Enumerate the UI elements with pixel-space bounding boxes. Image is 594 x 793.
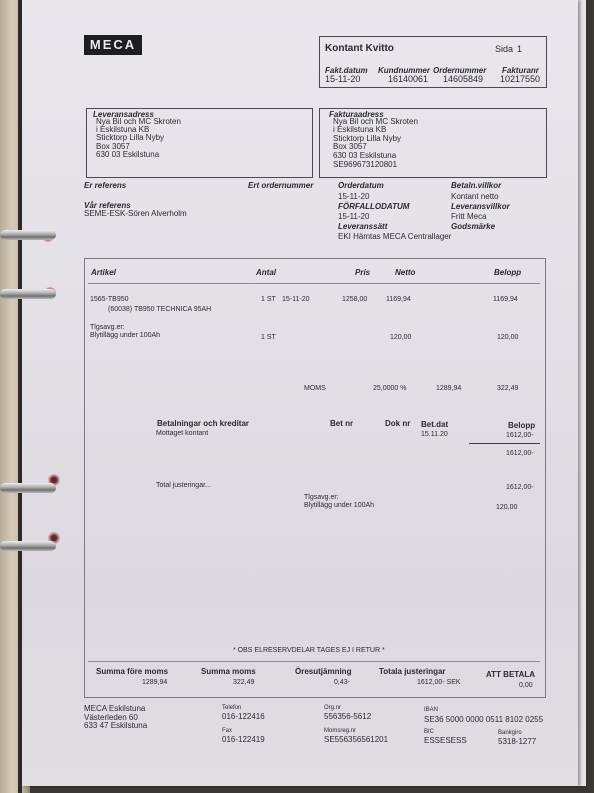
fakturanr-value: 10217550: [500, 74, 540, 84]
fax-label: Fax: [222, 728, 232, 734]
row2-artikel: Tlgsavg.er:: [90, 324, 125, 331]
iban-label: IBAN: [424, 707, 438, 713]
company-line: 633 47 Eskilstuna: [84, 722, 147, 731]
fakt-datum-value: 15-11-20: [325, 74, 360, 84]
row1-pris: 1258,00: [342, 296, 367, 303]
bankgiro-label: Bankgiro: [498, 730, 522, 736]
row1-artikel: 1565-TB950: [90, 296, 129, 303]
dok-nr-label: Dok nr: [385, 419, 410, 428]
row1-antal: 1 ST: [261, 296, 276, 303]
leveransvillkor-value: Fritt Meca: [451, 212, 487, 221]
telefon-value: 016-122416: [222, 712, 265, 721]
moms-label: MOMS: [304, 385, 326, 392]
totals-divider: [88, 661, 540, 662]
payments-title: Betalningar och kreditar: [157, 419, 249, 428]
total-value-oresutjamning: 0,43-: [334, 679, 350, 686]
address-line: 630 03 Eskilstuna: [96, 151, 181, 159]
total-label-oresutjamning: Öresutjämning: [295, 667, 351, 676]
row2-belopp: 120,00: [497, 334, 518, 341]
binder-ring: [0, 541, 56, 551]
page-label: Sida: [495, 44, 513, 54]
row1-belopp: 1169,94: [493, 296, 518, 303]
row1-netto: 1169,94: [386, 296, 411, 303]
betalnvillkor-value: Kontant netto: [451, 192, 499, 201]
orgnr-label: Org.nr: [324, 705, 341, 711]
forfallodatum-value: 15-11-20: [338, 212, 369, 221]
header-divider: [88, 283, 540, 284]
forfallodatum-label: FÖRFALLODATUM: [338, 202, 409, 211]
total-value-totala-justeringar: 1612,00- SEK: [417, 679, 461, 686]
bankgiro-value: 5318-1277: [498, 737, 536, 746]
godsmarke-label: Godsmärke: [451, 222, 495, 231]
items-table-box: [84, 258, 546, 698]
fee-label-1: Tlgsavg.er:: [304, 494, 339, 501]
returns-notice: * OBS ELRESERVDELAR TAGES EJ I RETUR *: [233, 647, 385, 654]
bet-dat-label: Bet.dat: [421, 420, 448, 429]
row2-desc: Blytillägg under 100Ah: [90, 332, 160, 339]
total-adjustments-amount: 1612,00-: [506, 484, 534, 491]
payments-sum-line: [469, 443, 540, 444]
orderdatum-label: Orderdatum: [338, 181, 384, 190]
footer-company: MECA Eskilstuna Västerleden 60 633 47 Es…: [84, 705, 147, 731]
moms-base: 1289,94: [436, 385, 461, 392]
payment-item-amount: 1612,00-: [506, 432, 534, 439]
bet-nr-label: Bet nr: [330, 419, 353, 428]
betalnvillkor-label: Betaln.villkor: [451, 181, 501, 190]
col-header-netto: Netto: [395, 268, 415, 277]
bic-label: BIC: [424, 729, 434, 735]
row2-antal: 1 ST: [261, 334, 276, 341]
address-line: 630 03 Eskilstuna: [333, 152, 418, 160]
fee-label-2: Blytillägg under 100Ah: [304, 502, 374, 509]
binder-ring: [0, 230, 56, 240]
delivery-address-lines: Nya Bil och MC Skroten i Eskilstuna KB S…: [96, 118, 181, 159]
ert-ordernummer-label: Ert ordernummer: [248, 181, 313, 190]
total-label-summa-moms: Summa moms: [201, 667, 256, 676]
payments-subtotal: 1612,00-: [506, 450, 534, 457]
moms-amount: 322,49: [497, 385, 518, 392]
total-adjustments-label: Total justeringar...: [156, 482, 211, 489]
bic-value: ESSESESS: [424, 736, 467, 745]
payment-item-label: Mottaget kontant: [156, 430, 208, 437]
total-value-summa-moms: 322,49: [233, 679, 254, 686]
leveranssatt-label: Leveranssätt: [338, 222, 387, 231]
page-number: 1: [517, 44, 522, 54]
leveransvillkor-label: Leveransvillkor: [451, 202, 510, 211]
binder-ring: [0, 483, 56, 493]
total-label-totala-justeringar: Totala justeringar: [379, 667, 446, 676]
fee-amount: 120,00: [496, 504, 517, 511]
total-label-att-betala: ATT BETALA: [486, 670, 535, 679]
kundnummer-value: 16140061: [388, 74, 428, 84]
col-header-artikel: Artikel: [91, 268, 116, 277]
meca-logo: MECA: [84, 35, 142, 55]
moms-rate: 25,0000 %: [373, 385, 406, 392]
document-title: Kontant Kvitto: [325, 43, 394, 54]
orderdatum-value: 15-11-20: [338, 192, 369, 201]
telefon-label: Telefon: [222, 705, 241, 711]
col-header-pris: Pris: [355, 268, 370, 277]
fax-value: 016-122419: [222, 735, 265, 744]
total-value-summa-fore-moms: 1289,94: [142, 679, 167, 686]
payment-item-date: 15.11.20: [421, 431, 448, 438]
momsreg-value: SE556356561201: [324, 735, 388, 744]
total-value-att-betala: 0,00: [519, 682, 533, 689]
col-header-antal: Antal: [256, 268, 276, 277]
invoice-address-lines: Nya Bil och MC Skroten i Eskilstuna KB S…: [333, 118, 418, 169]
iban-value: SE36 5000 0000 0511 8102 0255: [424, 715, 543, 724]
ordernummer-value: 14605849: [443, 74, 483, 84]
momsreg-label: Momsreg.nr: [324, 728, 356, 734]
address-line: SE969673120801: [333, 161, 418, 169]
orgnr-value: 556356-5612: [324, 712, 371, 721]
row2-netto: 120,00: [390, 334, 411, 341]
payments-belopp-label: Belopp: [508, 421, 535, 430]
col-header-belopp: Belopp: [494, 268, 521, 277]
row1-date: 15-11-20: [282, 296, 310, 303]
binder-ring: [0, 289, 56, 299]
er-referens-label: Er referens: [84, 181, 126, 190]
row1-desc: (60038) TB950 TECHNICA 95AH: [108, 306, 211, 313]
var-referens-value: SEME-ESK-Sören Alverholm: [84, 209, 187, 218]
total-label-summa-fore-moms: Summa före moms: [96, 667, 168, 676]
leveranssatt-value: EKI Hämtas MECA Centrallager: [338, 232, 451, 241]
